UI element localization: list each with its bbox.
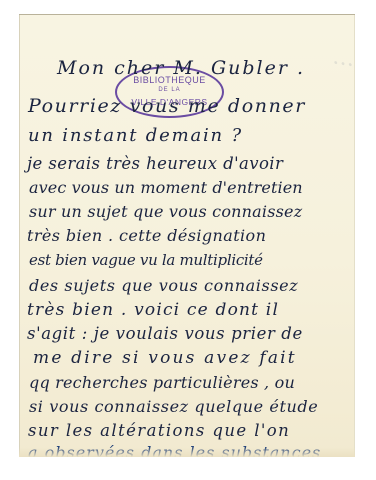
text-line-2: un instant demain ?: [28, 125, 243, 146]
letter-page: … BIBLIOTHEQUE DE LA VILLE D'ANGERS Mon …: [19, 14, 355, 457]
text-line-4: avec vous un moment d'entretien: [29, 178, 303, 197]
text-line-11: me dire si vous avez fait: [33, 348, 297, 368]
text-line-10: s'agit : je voulais vous prier de: [27, 324, 303, 343]
text-line-5: sur un sujet que vous connaissez: [29, 202, 302, 221]
stamp-line-2: DE LA: [117, 87, 222, 93]
document-viewer: … BIBLIOTHEQUE DE LA VILLE D'ANGERS Mon …: [0, 0, 376, 480]
text-line-13: si vous connaissez quelque étude: [29, 397, 318, 416]
text-line-14: sur les altérations que l'on: [28, 421, 290, 440]
text-line-1: Pourriez vous me donner: [28, 95, 306, 117]
text-line-3: je serais très heureux d'avoir: [27, 154, 283, 173]
text-line-12: qq recherches particulières , ou: [29, 373, 295, 392]
text-line-7: est bien vague vu la multiplicité: [29, 251, 263, 269]
text-line-9: très bien . voici ce dont il: [27, 300, 279, 320]
salutation-line: Mon cher M. Gubler .: [57, 57, 305, 79]
text-line-8: des sujets que vous connaissez: [29, 276, 298, 295]
text-line-15: a observées dans les substances: [28, 443, 321, 457]
text-line-6: très bien . cette désignation: [27, 226, 266, 245]
